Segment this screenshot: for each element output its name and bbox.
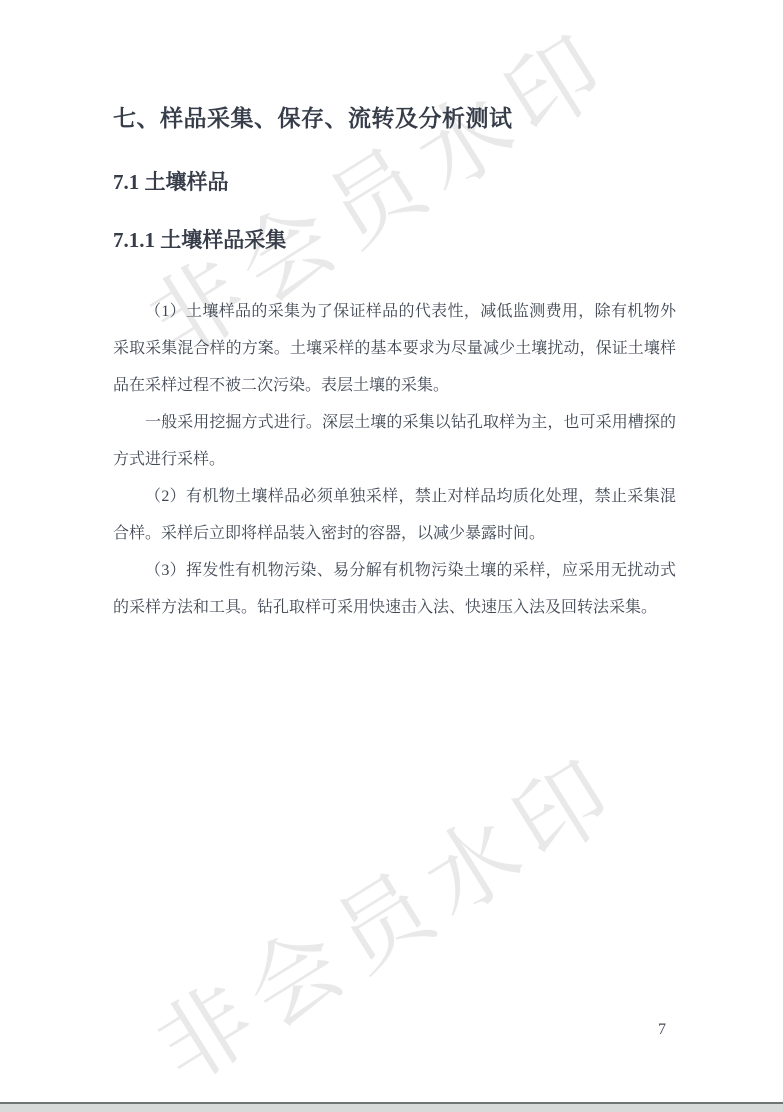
section-heading: 7.1 土壤样品 — [113, 168, 676, 196]
document-content: 七、样品采集、保存、流转及分析测试 7.1 土壤样品 7.1.1 土壤样品采集 … — [0, 0, 783, 1112]
body-text: （1）土壤样品的采集为了保证样品的代表性，减低监测费用，除有机物外采取采集混合样… — [113, 293, 676, 626]
page-number: 7 — [658, 1020, 666, 1040]
scan-edge-shadow — [0, 1104, 783, 1112]
chapter-heading: 七、样品采集、保存、流转及分析测试 — [113, 104, 676, 134]
paragraph: （3）挥发性有机物污染、易分解有机物污染土壤的采样，应采用无扰动式的采样方法和工… — [113, 552, 676, 626]
paragraph: （2）有机物土壤样品必须单独采样，禁止对样品均质化处理，禁止采集混合样。采样后立… — [113, 478, 676, 552]
subsection-heading: 7.1.1 土壤样品采集 — [113, 226, 676, 254]
paragraph: （1）土壤样品的采集为了保证样品的代表性，减低监测费用，除有机物外采取采集混合样… — [113, 293, 676, 404]
document-page: 非会员水印 非会员水印 七、样品采集、保存、流转及分析测试 7.1 土壤样品 7… — [0, 0, 783, 1112]
paragraph: 一般采用挖掘方式进行。深层土壤的采集以钻孔取样为主，也可采用槽探的方式进行采样。 — [113, 404, 676, 478]
